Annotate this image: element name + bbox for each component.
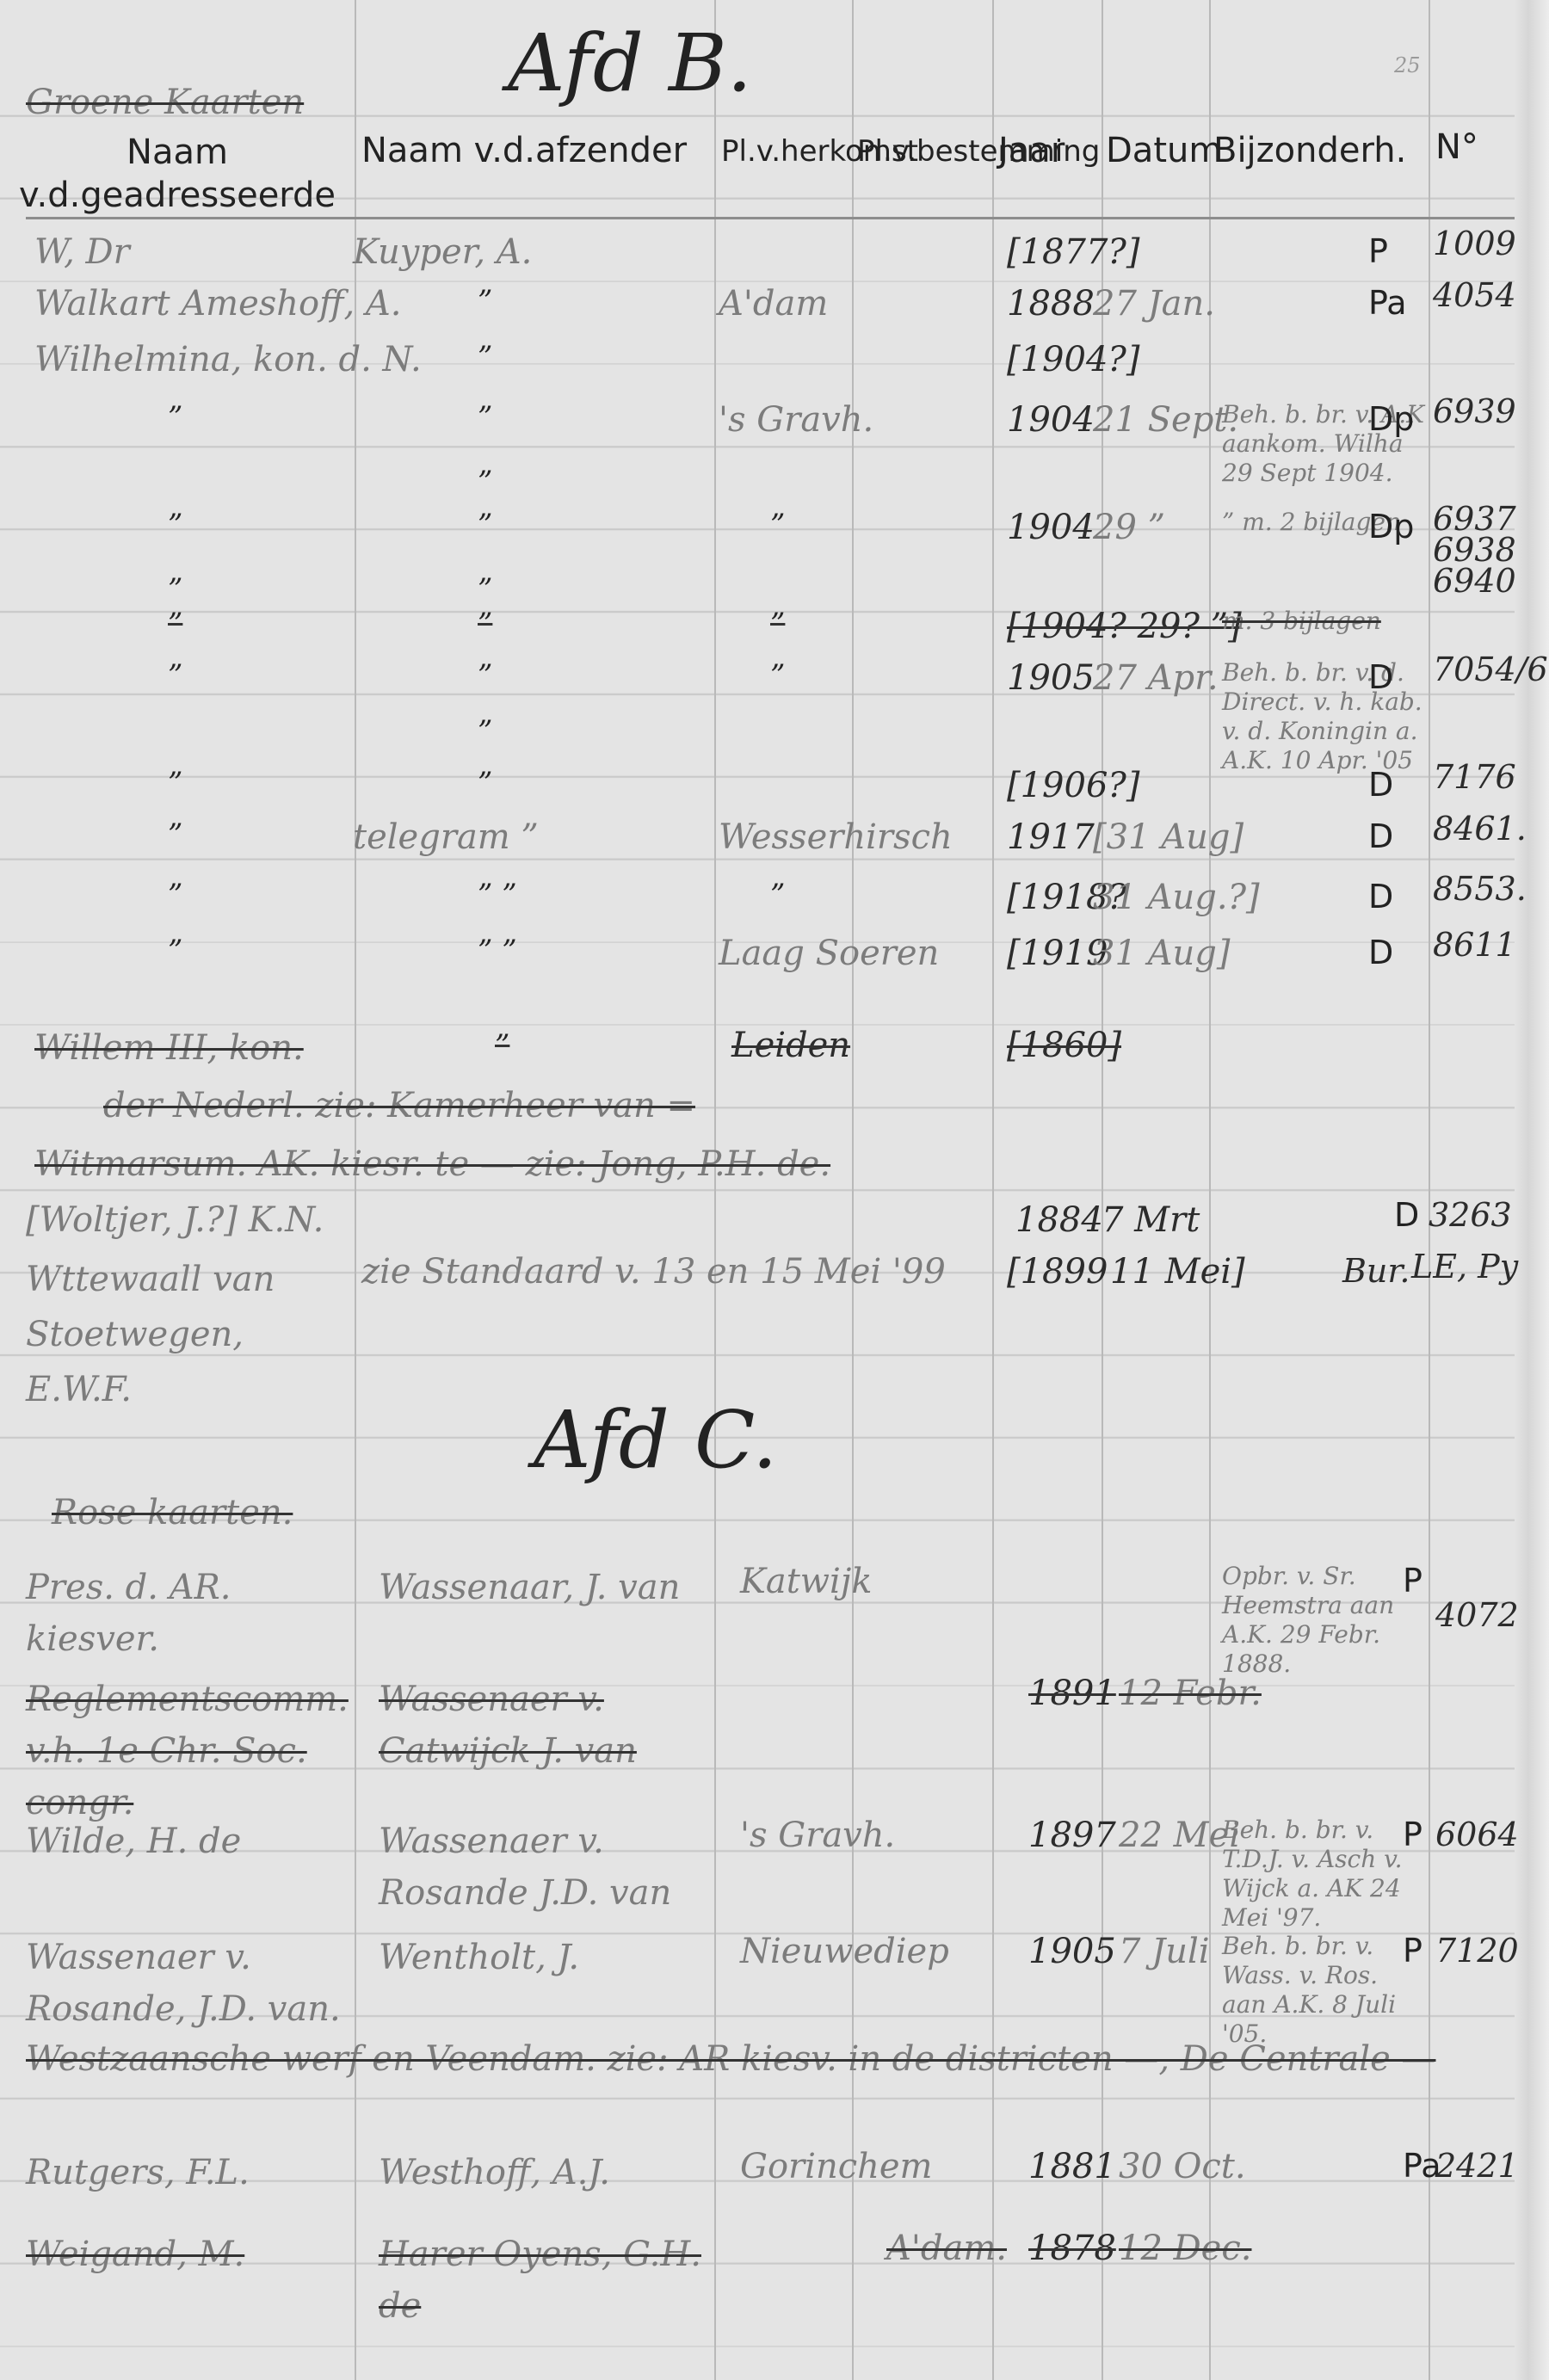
code: Pa [1368,284,1407,322]
col-destination: Pl.v.bestemming [857,131,986,172]
struck-sender: ” [495,1028,509,1063]
struck-destination: Leiden [731,1026,850,1065]
column-rule [714,0,716,2380]
date: 27 Jan. [1093,284,1215,324]
sender: ” [478,340,492,374]
addressee: ” [168,658,182,693]
year: 1905 [1007,658,1095,698]
number: 4054 [1433,280,1519,311]
origin: Katwijk [740,1562,872,1601]
addressee: ” [168,934,182,968]
sender: ” [478,658,492,693]
addressee: ” [168,817,182,852]
index-card: 25 Afd B. Groene Kaarten Naam v.d.geadre… [0,0,1549,2380]
details: Beh. b. br. v. Wass. v. Ros. aan A.K. 8 … [1222,1932,1420,2049]
code: P [1403,1816,1422,1853]
struck-addressee: Witmarsum. AK. kiesr. te — zie: Jong, P.… [34,1144,830,1184]
col-number: N° [1435,127,1478,167]
addressee: [Woltjer, J.?] K.N. [26,1200,324,1240]
origin: Gorinchem [740,2147,932,2186]
code: D [1368,934,1393,971]
addressee: Wassenaer v. Rosande, J.D. van. [26,1932,353,2035]
number: 3263 [1429,1196,1512,1234]
addressee: Pres. d. AR. kiesver. [26,1562,353,1665]
sender: ” [478,607,492,641]
destination: Wesserhirsch [719,817,953,857]
code: P [1368,232,1388,270]
number: 7054/6 [1433,654,1519,685]
struck-heading-c: Rose kaarten. [52,1493,293,1532]
struck-line2: der Nederl. zie: Kamerheer van = [103,1086,695,1125]
date: 30 Oct. [1119,2147,1246,2186]
details: m. 3 bijlagen [1222,607,1429,636]
code: D [1368,817,1393,855]
sender: ” [478,508,492,542]
destination: ” [770,508,785,542]
destination: 's Gravh. [719,400,873,440]
addressee: Weigand, M. [26,2229,353,2280]
date: [31 Aug] [1093,817,1244,857]
sender: Wentholt, J. [379,1932,740,1983]
number: 2421 [1435,2147,1519,2185]
sender: Wassenaar, J. van [379,1562,740,1613]
sender: ” [478,400,492,435]
number: 6064 [1435,1816,1519,1853]
code: D [1368,878,1393,916]
year: 1884 [1015,1200,1103,1240]
col-details: Bijzonderh. [1213,131,1406,170]
addressee: Walkart Ameshoff, A. [34,284,402,324]
date: 27 Apr. [1093,658,1219,698]
addressee: ” [168,400,182,435]
date: 7 Mrt [1102,1200,1200,1240]
year: 1888 [1007,284,1095,324]
year: [1904?] [1007,340,1139,379]
addressee: W, Dr [34,232,130,272]
number: 6937 6938 6940 [1433,503,1519,596]
number: 7120 [1435,1932,1519,1970]
date: 11 Mei] [1110,1252,1245,1292]
col-date: Datum [1106,131,1222,170]
year: 1904 [1007,508,1095,547]
details: Opbr. v. Sr. Heemstra aan A.K. 29 Febr. … [1222,1562,1420,1679]
column-rule [1429,0,1430,2380]
section-b-title: Afd B. [508,17,752,109]
year: 1878 [1028,2229,1116,2268]
col-origin: Pl.v.herkomst [721,131,849,172]
col-year: Jaar [998,131,1065,170]
struck-heading: Groene Kaarten [26,83,304,122]
number: LE, Py [1411,1248,1518,1286]
sender: ” [478,714,492,749]
sender: Kuyper, A. [353,232,532,272]
column-rule [852,0,854,2380]
sender: telegram ” [353,817,539,857]
code: Bur. [1342,1252,1410,1290]
date: 31 Aug.?] [1093,878,1260,917]
date: 31 Aug] [1093,934,1230,973]
number: 8553. [1433,873,1519,904]
destination: A'dam [719,284,828,324]
destination: Laag Soeren [719,934,939,973]
details: Beh. b. br. v. T.D.J. v. Asch v. Wijck a… [1222,1816,1420,1933]
details: Beh. b. br. v. d. Direct. v. h. kab. v. … [1222,658,1429,775]
origin: A'dam. [886,2229,1007,2268]
year: [1906?] [1007,766,1139,805]
year: 1905 [1028,1932,1116,1971]
year: [1904? 29? ”] [1007,607,1242,646]
number: 1009 [1433,228,1519,259]
sender: Harer Oyens, G.H. de [379,2229,740,2332]
section-c-title: Afd C. [534,1394,777,1486]
destination: ” [770,607,785,641]
code: D [1368,658,1393,696]
column-rule [992,0,994,2380]
year: 1904 [1007,400,1095,440]
sender: zie Standaard v. 13 en 15 Mei '99 [361,1252,946,1292]
addressee: ” [168,572,182,607]
addressee: ” [168,878,182,912]
code: P [1403,1562,1422,1600]
col-sender: Naam v.d.afzender [361,131,687,170]
addressee: ” [168,607,182,641]
destination: ” [770,658,785,693]
number: 6939 [1433,396,1519,427]
number: 4072 [1435,1596,1519,1634]
destination: ” [770,878,785,912]
number: 8461. [1433,813,1519,844]
date: 12 Dec. [1119,2229,1251,2268]
date: 21 Sept. [1093,400,1238,440]
addressee: Wilhelmina, kon. d. N. [34,340,422,379]
date: 12 Febr. [1119,1674,1262,1713]
year: [1899 [1007,1252,1108,1292]
sender: ” [478,284,492,318]
year: [1877?] [1007,232,1139,272]
pencil-mark: 25 [1394,53,1421,77]
year: 1881 [1028,2147,1116,2186]
addressee: Wilde, H. de [26,1816,353,1867]
sender: Wassenaer v. Catwijck J. van [379,1674,740,1777]
column-rule [1209,0,1211,2380]
sender: ” [478,766,492,800]
year: 1917 [1007,817,1095,857]
code: D [1368,766,1393,804]
code: P [1403,1932,1422,1970]
addressee: Westzaansche werf en Veendam. zie: AR ki… [26,2039,1435,2079]
sender: ” [478,572,492,607]
struck-year: [1860] [1007,1026,1121,1065]
sender: ” ” [478,878,517,912]
year: 1897 [1028,1816,1116,1855]
addressee: Wttewaall van Stoetwegen, E.W.F. [26,1252,353,1417]
sender: ” [478,465,492,499]
code: Dp [1368,508,1414,546]
origin: Nieuwediep [740,1932,949,1971]
code: D [1394,1196,1419,1234]
sender: Westhoff, A.J. [379,2147,740,2198]
addressee: Rutgers, F.L. [26,2147,353,2198]
sender: Wassenaer v. Rosande J.D. van [379,1816,740,1919]
date: 7 Juli [1119,1932,1210,1971]
card-edge [1515,0,1549,2380]
number: 8611 [1433,929,1519,960]
number: 7176 [1433,761,1519,792]
struck-addressee: Willem III, kon. [34,1028,304,1068]
origin: 's Gravh. [740,1816,895,1855]
addressee: Reglementscomm. v.h. 1e Chr. Soc. congr. [26,1674,353,1828]
header-rule [26,217,1515,219]
code: Dp [1368,400,1414,438]
sender: ” ” [478,934,517,968]
year: 1891 [1028,1674,1116,1713]
date: 29 ” [1093,508,1165,547]
col-addressee: Naam v.d.geadresseerde [5,131,349,217]
addressee: ” [168,508,182,542]
addressee: ” [168,766,182,800]
